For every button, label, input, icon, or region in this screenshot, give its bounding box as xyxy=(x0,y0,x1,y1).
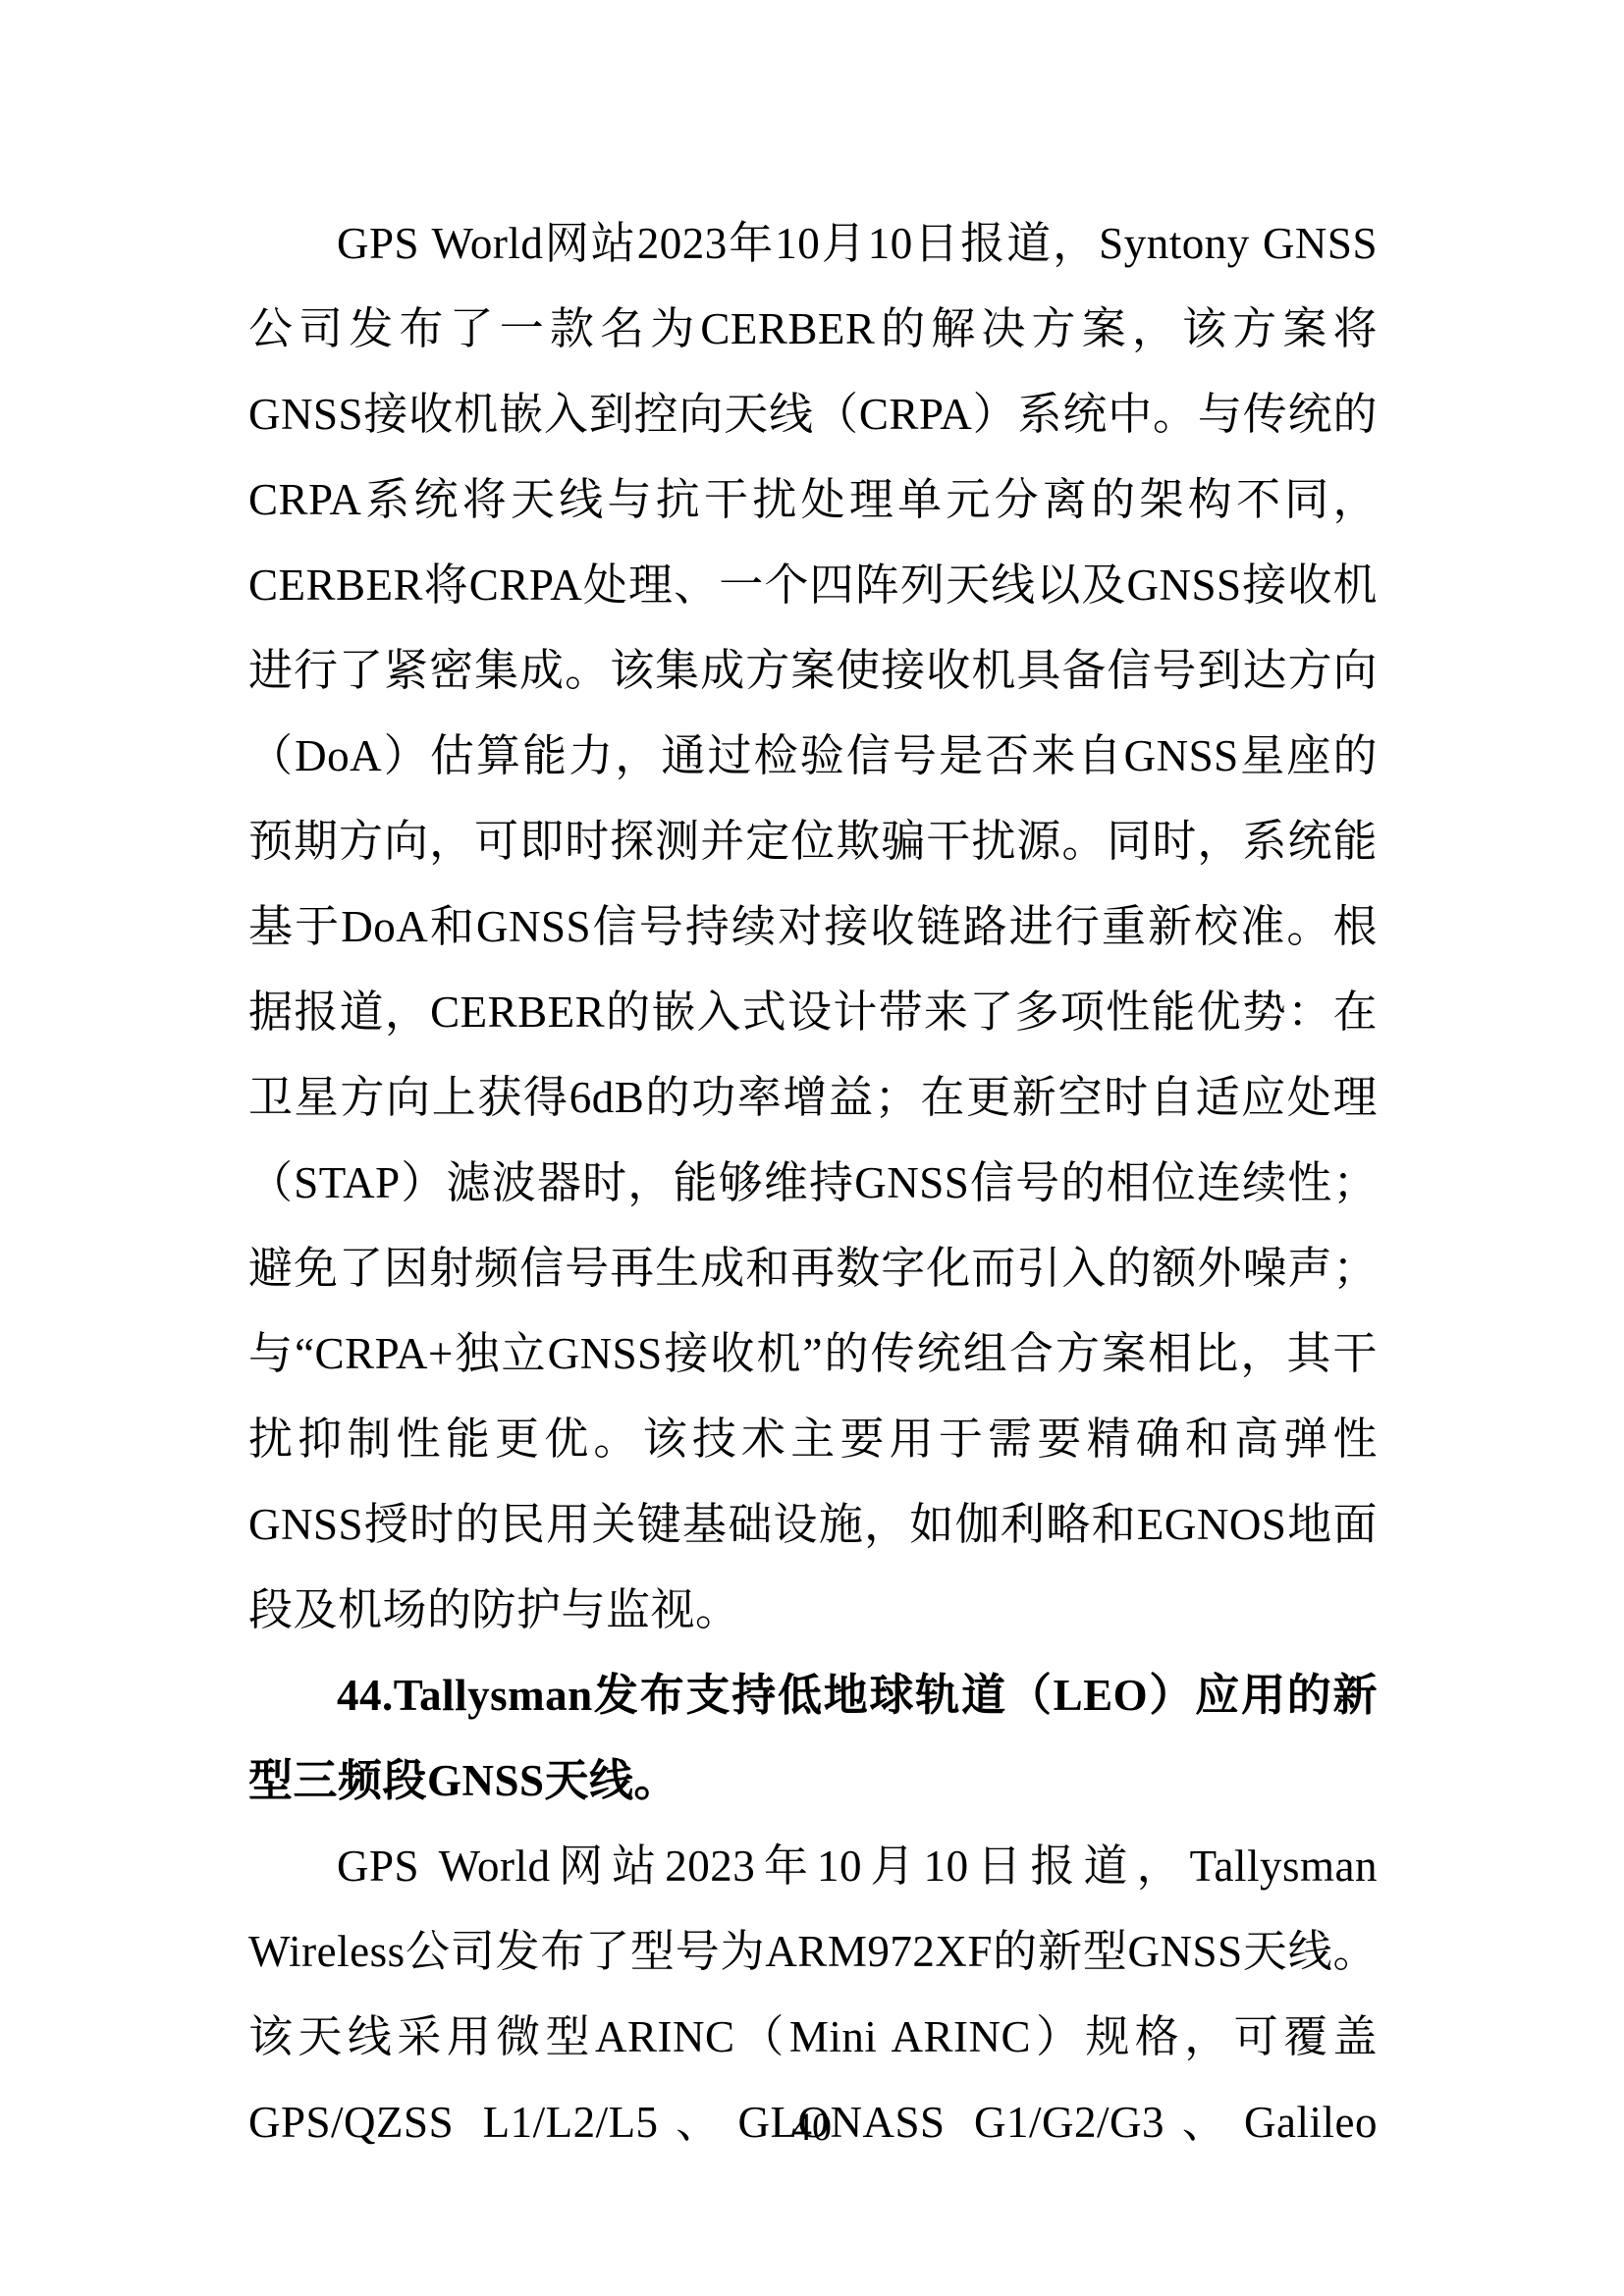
heading-item-44-tallysman: 44.Tallysman发布支持低地球轨道（LEO）应用的新型三频段GNSS天线… xyxy=(248,1653,1378,1824)
page-number: 40 xyxy=(0,2104,1624,2151)
document-page: GPS World网站2023年10月10日报道，Syntony GNSS公司发… xyxy=(0,0,1624,2296)
paragraph-syntony-cerber: GPS World网站2023年10月10日报道，Syntony GNSS公司发… xyxy=(248,201,1378,1653)
text-block: GPS World网站2023年10月10日报道，Syntony GNSS公司发… xyxy=(248,201,1378,2165)
